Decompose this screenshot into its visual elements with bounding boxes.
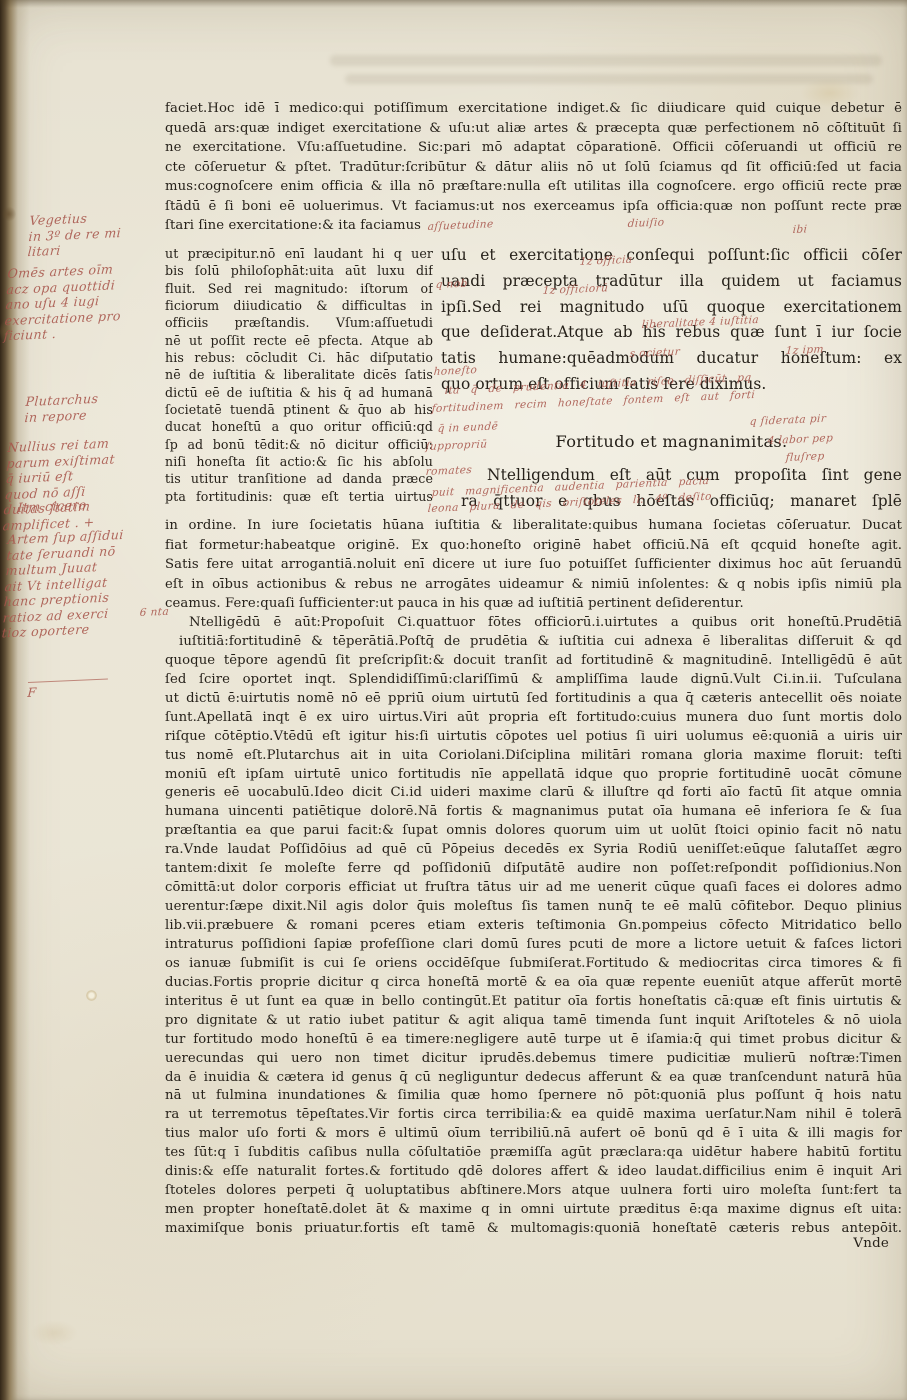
text-line: pro dignitate & ut ratio iubet patitur &… — [165, 1012, 902, 1031]
text-line: intraturus poſſidioni ſapiæ profeſſione … — [165, 936, 902, 955]
text-line: Ntelligēdū ē aūt:Propoſuit Ci.quattuor f… — [165, 614, 902, 633]
show-through-text-line — [330, 55, 882, 66]
text-line: interitus ē ut ſunt ea quæ in bello cont… — [165, 993, 902, 1012]
text-line: ut præcipitur.nō enī laudant hi q uer — [165, 245, 433, 262]
text-line: officiis præſtandis. Vſum:aſſuetudi — [165, 314, 433, 331]
text-line: cōmittā:ut dolor corporis efficiat ut fr… — [165, 879, 902, 898]
catchword: Vnde — [853, 1236, 889, 1251]
text-line: generis eē uocabulū.Ideo dicit Ci.id uid… — [165, 784, 902, 803]
paper-stain — [30, 1320, 78, 1346]
margin-paragraph-mark: 6 nta — [139, 606, 169, 619]
text-line: ſp ad bonū tēdit:& nō dicitur officiū: — [165, 436, 433, 453]
text-line: uandi præcepta tradūtur illa quidem ut f… — [441, 269, 902, 295]
text-line: cte cōſeruetur & pſtet. Tradūtur:ſcribūt… — [165, 158, 902, 178]
edge-speck — [2, 206, 16, 222]
text-line: tius malor uſo forti & mors ē ultimū oīu… — [165, 1125, 902, 1144]
commentary-column-left: ut præcipitur.nō enī laudant hi q uerbis… — [165, 245, 433, 505]
text-line: nē ut poſſit recte eē pfecta. Atque ab — [165, 332, 433, 349]
text-line: ſunt.Apellatā inqt ē ex uiro uirtus.Viri… — [165, 709, 902, 728]
margin-note-omnes-artes: Omēs artes oīm acz opa quottidi ano uſu … — [3, 261, 124, 344]
text-line: humana uincenti patiētique dolorē.Nā for… — [165, 803, 902, 822]
wormhole-spot — [86, 990, 97, 1001]
text-line: ficiorum diiudicatio & difficultas in — [165, 297, 433, 314]
interlinear-note: romates — [425, 464, 472, 478]
commentary-paragraph-bottom: Ntelligēdū ē aūt:Propoſuit Ci.quattuor f… — [165, 614, 902, 1239]
text-line: in ordine. In iure ſocietatis hūana iuſt… — [165, 516, 902, 536]
text-line: fiat formetur:habeatque originē. Ex quo:… — [165, 536, 902, 556]
text-line: ſtādū ē ſi boni eē uoluerimus. Vt faciam… — [165, 197, 902, 217]
text-line: his rebus: cōcludit Ci. hāc diſputatio — [165, 349, 433, 366]
text-line: fluit. Sed rei magnitudo: iſtorum of — [165, 280, 433, 297]
text-line: mus:cognoſcere enim officia & illa nō pr… — [165, 177, 902, 197]
text-line: tus nomē eſt.Plutarchus ait in uita Cori… — [165, 747, 902, 766]
text-line: uerentur:ſæpe dixit.Nil agis dolor q̄uis… — [165, 898, 902, 917]
interlinear-note: 1z officia — [579, 254, 633, 268]
text-line: da ē inuidia & cætera id genus q̄ cū neg… — [165, 1069, 902, 1088]
margin-note-item-cicero: Itm cicero — [17, 497, 87, 516]
text-line: ipſi.Sed rei magnitudo uſū quoque exerci… — [441, 295, 902, 321]
text-line: lib.vii.præbuere & romani pceres etiam e… — [165, 917, 902, 936]
text-line: maximiſque bonis priuatur.fortis eſt tam… — [165, 1220, 902, 1239]
text-line: ra ut terremotus tēpeſtates.Vir fortis c… — [165, 1106, 902, 1125]
text-line: quedā ars:quæ indiget exercitatione & uſ… — [165, 119, 902, 139]
text-line: riſque cōtēptio.Vtēdū eſt igitur his:ſi … — [165, 728, 902, 747]
text-line: bis ſolū philoſophāt:uita aūt luxu dif — [165, 262, 433, 279]
margin-note-vegetius: Vegetius in 3º de re mi litari — [27, 209, 122, 260]
text-line: nē de iuſtitia & liberalitate dicēs ſati… — [165, 366, 433, 383]
commentary-paragraph-top: faciet.Hoc idē ī medico:qui potiſſimum e… — [165, 99, 902, 236]
interlinear-note: ibi — [792, 223, 807, 236]
text-line: moniū eſt ipſam uirtutē unico fortitudis… — [165, 766, 902, 785]
text-line: uerecundas qui uero non timet dicitur ip… — [165, 1050, 902, 1069]
text-line: Satis fere uitat arrogantiā.noluit enī d… — [165, 555, 902, 575]
scanned-book-page: faciet.Hoc idē ī medico:qui potiſſimum e… — [0, 0, 907, 1400]
text-line: ne exercitatione. Vſu:aſſuetudine. Sic:p… — [165, 138, 902, 158]
text-line: ut dictū ē:uirtutis nomē nō eē ppriū oiu… — [165, 690, 902, 709]
text-line: ducat honeſtū a quo oritur officiū:qd — [165, 418, 433, 435]
text-line: tur fortitudo modo honeſtū ē ea timere:n… — [165, 1031, 902, 1050]
text-line: men propter honeſtatē.dolet āt & maxime … — [165, 1201, 902, 1220]
text-line: tantem:dixit ſe moleſte ferre qd poſſido… — [165, 860, 902, 879]
interlinear-note: q nob — [435, 278, 468, 291]
interlinear-note: q ſiderata pir — [749, 413, 826, 428]
text-line: tis utitur tranſitione ad danda præce — [165, 470, 433, 487]
text-line: uſu et exercitatione conſequi poſſunt:ſi… — [441, 243, 902, 269]
interlinear-note: fluſrep — [785, 450, 825, 464]
commentary-paragraph-middle: in ordine. In iure ſocietatis hūana iuſt… — [165, 516, 902, 614]
text-line: ra.Vnde laudat Poſſidōius ad quē cū Pōpe… — [165, 841, 902, 860]
interlinear-note: diuiſio — [627, 216, 665, 230]
margin-note-plutarchus: Plutarchus in repore — [24, 391, 99, 425]
interlinear-note: 1z ipm — [785, 343, 824, 357]
text-line: dinis:& eſſe naturalit fortes.& fortitud… — [165, 1163, 902, 1182]
text-line: præſtantia ea que parui facit:& ſupat om… — [165, 822, 902, 841]
text-line: ducias.Fortis proprie dicitur q circa ho… — [165, 974, 902, 993]
text-line: niſi honeſta ſit actio:& ſic his abſolu — [165, 453, 433, 470]
text-line: iuſtitiā:fortitudinē & tēperātiā.Poſtq̄ … — [165, 633, 902, 652]
text-line: os ianuæ ſubmiſit is cui ſe oriens occid… — [165, 955, 902, 974]
text-line: ſocietatē tuendā ptinent & q̄uo ab his — [165, 401, 433, 418]
text-line: nā ut fulmina inundationes & ſimilia quæ… — [165, 1087, 902, 1106]
text-line: tes ſūt:q ī ſubditis caſibus nulla cōſul… — [165, 1144, 902, 1163]
show-through-text-line — [345, 74, 873, 84]
text-line: faciet.Hoc idē ī medico:qui potiſſimum e… — [165, 99, 902, 119]
text-line: dictū eē de iuſtitia & his q̄ ad humanā — [165, 384, 433, 401]
margin-note-artem: Artem ſup aſſidui tate ſeruandi nō multu… — [1, 527, 124, 641]
text-line: pta fortitudinis: quæ eſt tertia uirtus — [165, 488, 433, 505]
interlinear-note: s ocietur — [629, 346, 680, 360]
page-top-edge-shadow — [0, 0, 907, 8]
text-line: ſtoteles dolores perpeti q̄ uoluptatibus… — [165, 1182, 902, 1201]
margin-flourish: F — [25, 679, 108, 726]
text-line: quoque tēpore agendū ſit preſcripſit:& d… — [165, 652, 902, 671]
text-line: ſed ſcire oportet inqt. Splendidiſſimū:c… — [165, 671, 902, 690]
margin-note-nullius-rei: Nullius rei tam parum exiſtimat q̄ iuriū… — [2, 435, 116, 533]
text-line: eſt in oībus actionibus & rebus ne arrog… — [165, 575, 902, 595]
interlinear-note: honeſto — [433, 364, 477, 378]
text-line: ceamus. Fere:quaſi ſufficienter:ut pauca… — [165, 594, 902, 614]
